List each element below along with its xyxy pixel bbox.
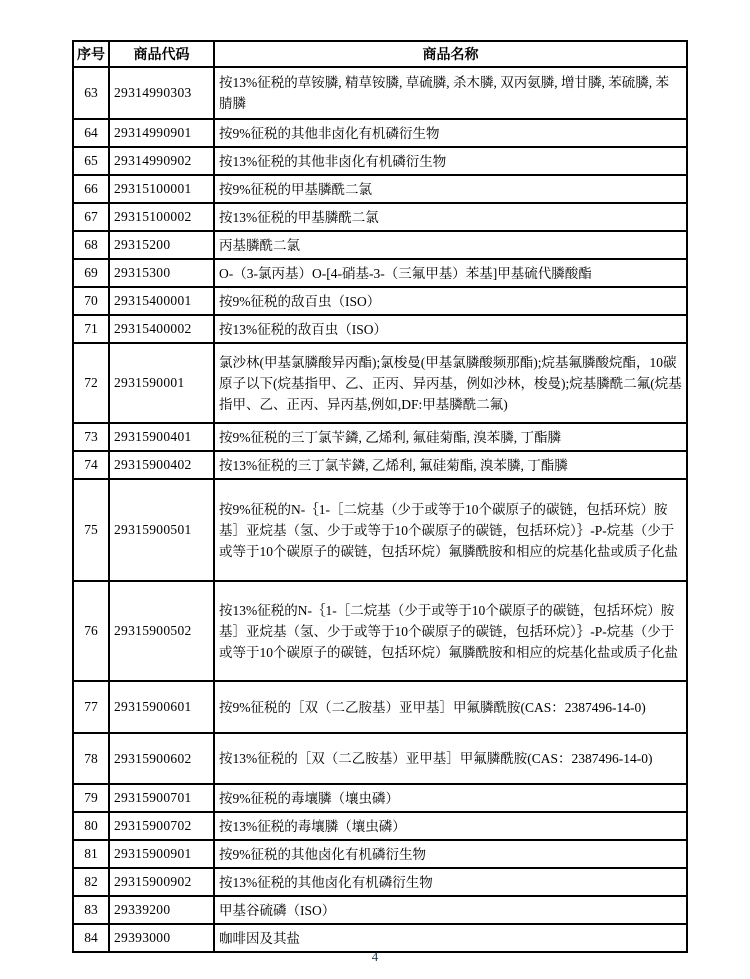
commodity-table: 序号 商品代码 商品名称 63 29314990303 按13%征税的草铵膦, … xyxy=(72,40,688,953)
serial-number-cell: 70 xyxy=(73,287,109,315)
commodity-code-cell: 29315900701 xyxy=(109,784,214,812)
serial-number-cell: 81 xyxy=(73,840,109,868)
commodity-name-cell: 丙基膦酰二氯 xyxy=(214,231,687,259)
commodity-code-cell: 29315900502 xyxy=(109,581,214,681)
table-row: 81 29315900901 按9%征税的其他卤化有机磷衍生物 xyxy=(73,840,687,868)
commodity-name-cell: 按13%征税的N-｛1-［二烷基（少于或等于10个碳原子的碳链，包括环烷）胺基］… xyxy=(214,581,687,681)
serial-number-cell: 72 xyxy=(73,343,109,423)
commodity-name-cell: 按13%征税的毒壤膦（壤虫磷） xyxy=(214,812,687,840)
commodity-code-cell: 29315900402 xyxy=(109,451,214,479)
table-row: 78 29315900602 按13%征税的［双（二乙胺基）亚甲基］甲氟膦酰胺(… xyxy=(73,733,687,784)
commodity-name-cell: 按13%征税的其他非卤化有机磷衍生物 xyxy=(214,147,687,175)
table-row: 69 29315300 O-（3-氯丙基）O-[4-硝基-3-（三氟甲基）苯基]… xyxy=(73,259,687,287)
commodity-name-cell: 按13%征税的草铵膦, 精草铵膦, 草硫膦, 杀木膦, 双丙氨膦, 增甘膦, 苯… xyxy=(214,67,687,119)
commodity-code-cell: 29393000 xyxy=(109,924,214,952)
serial-number-cell: 71 xyxy=(73,315,109,343)
table-row: 71 29315400002 按13%征税的敌百虫（ISO） xyxy=(73,315,687,343)
header-commodity-name: 商品名称 xyxy=(214,41,687,67)
table-header-row: 序号 商品代码 商品名称 xyxy=(73,41,687,67)
table-row: 76 29315900502 按13%征税的N-｛1-［二烷基（少于或等于10个… xyxy=(73,581,687,681)
commodity-name-cell: 按13%征税的敌百虫（ISO） xyxy=(214,315,687,343)
serial-number-cell: 77 xyxy=(73,681,109,733)
table-row: 74 29315900402 按13%征税的三丁氯苄鏻, 乙烯利, 氟硅菊酯, … xyxy=(73,451,687,479)
serial-number-cell: 66 xyxy=(73,175,109,203)
table-row: 75 29315900501 按9%征税的N-｛1-［二烷基（少于或等于10个碳… xyxy=(73,479,687,581)
commodity-name-cell: 按9%征税的三丁氯苄鏻, 乙烯利, 氟硅菊酯, 溴苯膦, 丁酯膦 xyxy=(214,423,687,451)
commodity-name-cell: 按9%征税的其他卤化有机磷衍生物 xyxy=(214,840,687,868)
commodity-code-cell: 29315400001 xyxy=(109,287,214,315)
commodity-code-cell: 29339200 xyxy=(109,896,214,924)
commodity-code-cell: 29315400002 xyxy=(109,315,214,343)
table-row: 79 29315900701 按9%征税的毒壤膦（壤虫磷） xyxy=(73,784,687,812)
table-row: 67 29315100002 按13%征税的甲基膦酰二氯 xyxy=(73,203,687,231)
serial-number-cell: 84 xyxy=(73,924,109,952)
commodity-code-cell: 29315900602 xyxy=(109,733,214,784)
table-row: 73 29315900401 按9%征税的三丁氯苄鏻, 乙烯利, 氟硅菊酯, 溴… xyxy=(73,423,687,451)
commodity-name-cell: 按9%征税的敌百虫（ISO） xyxy=(214,287,687,315)
commodity-code-cell: 29315900702 xyxy=(109,812,214,840)
table-row: 72 2931590001 氯沙林(甲基氯膦酸异丙酯);氯梭曼(甲基氯膦酸频那酯… xyxy=(73,343,687,423)
serial-number-cell: 79 xyxy=(73,784,109,812)
header-serial-number: 序号 xyxy=(73,41,109,67)
commodity-name-cell: 按13%征税的甲基膦酰二氯 xyxy=(214,203,687,231)
serial-number-cell: 83 xyxy=(73,896,109,924)
table-row: 64 29314990901 按9%征税的其他非卤化有机磷衍生物 xyxy=(73,119,687,147)
commodity-code-cell: 29315900901 xyxy=(109,840,214,868)
commodity-code-cell: 29315100002 xyxy=(109,203,214,231)
table-row: 68 29315200 丙基膦酰二氯 xyxy=(73,231,687,259)
table-row: 80 29315900702 按13%征税的毒壤膦（壤虫磷） xyxy=(73,812,687,840)
serial-number-cell: 82 xyxy=(73,868,109,896)
commodity-code-cell: 29315900501 xyxy=(109,479,214,581)
table-row: 82 29315900902 按13%征税的其他卤化有机磷衍生物 xyxy=(73,868,687,896)
table-row: 66 29315100001 按9%征税的甲基膦酰二氯 xyxy=(73,175,687,203)
commodity-name-cell: 氯沙林(甲基氯膦酸异丙酯);氯梭曼(甲基氯膦酸频那酯);烷基氟膦酸烷酯，10碳原… xyxy=(214,343,687,423)
commodity-code-cell: 29314990901 xyxy=(109,119,214,147)
header-commodity-code: 商品代码 xyxy=(109,41,214,67)
commodity-name-cell: 咖啡因及其盐 xyxy=(214,924,687,952)
page-number: 4 xyxy=(0,949,750,965)
commodity-code-cell: 29315100001 xyxy=(109,175,214,203)
serial-number-cell: 69 xyxy=(73,259,109,287)
commodity-code-cell: 29314990902 xyxy=(109,147,214,175)
serial-number-cell: 74 xyxy=(73,451,109,479)
commodity-name-cell: 按9%征税的毒壤膦（壤虫磷） xyxy=(214,784,687,812)
table-row: 77 29315900601 按9%征税的［双（二乙胺基）亚甲基］甲氟膦酰胺(C… xyxy=(73,681,687,733)
serial-number-cell: 80 xyxy=(73,812,109,840)
table-row: 63 29314990303 按13%征税的草铵膦, 精草铵膦, 草硫膦, 杀木… xyxy=(73,67,687,119)
table-row: 83 29339200 甲基谷硫磷（ISO） xyxy=(73,896,687,924)
serial-number-cell: 76 xyxy=(73,581,109,681)
commodity-code-cell: 29315300 xyxy=(109,259,214,287)
serial-number-cell: 64 xyxy=(73,119,109,147)
commodity-code-cell: 29315900902 xyxy=(109,868,214,896)
serial-number-cell: 75 xyxy=(73,479,109,581)
serial-number-cell: 73 xyxy=(73,423,109,451)
commodity-name-cell: 按9%征税的［双（二乙胺基）亚甲基］甲氟膦酰胺(CAS：2387496-14-0… xyxy=(214,681,687,733)
serial-number-cell: 63 xyxy=(73,67,109,119)
commodity-code-cell: 29314990303 xyxy=(109,67,214,119)
commodity-code-cell: 29315200 xyxy=(109,231,214,259)
commodity-name-cell: 按13%征税的［双（二乙胺基）亚甲基］甲氟膦酰胺(CAS：2387496-14-… xyxy=(214,733,687,784)
table-row: 84 29393000 咖啡因及其盐 xyxy=(73,924,687,952)
serial-number-cell: 67 xyxy=(73,203,109,231)
commodity-name-cell: O-（3-氯丙基）O-[4-硝基-3-（三氟甲基）苯基]甲基硫代膦酸酯 xyxy=(214,259,687,287)
serial-number-cell: 65 xyxy=(73,147,109,175)
commodity-name-cell: 甲基谷硫磷（ISO） xyxy=(214,896,687,924)
commodity-name-cell: 按9%征税的甲基膦酰二氯 xyxy=(214,175,687,203)
commodity-code-cell: 2931590001 xyxy=(109,343,214,423)
table-row: 70 29315400001 按9%征税的敌百虫（ISO） xyxy=(73,287,687,315)
serial-number-cell: 78 xyxy=(73,733,109,784)
commodity-code-cell: 29315900601 xyxy=(109,681,214,733)
commodity-name-cell: 按9%征税的其他非卤化有机磷衍生物 xyxy=(214,119,687,147)
commodity-name-cell: 按13%征税的其他卤化有机磷衍生物 xyxy=(214,868,687,896)
serial-number-cell: 68 xyxy=(73,231,109,259)
commodity-name-cell: 按9%征税的N-｛1-［二烷基（少于或等于10个碳原子的碳链，包括环烷）胺基］亚… xyxy=(214,479,687,581)
table-row: 65 29314990902 按13%征税的其他非卤化有机磷衍生物 xyxy=(73,147,687,175)
commodity-code-cell: 29315900401 xyxy=(109,423,214,451)
commodity-name-cell: 按13%征税的三丁氯苄鏻, 乙烯利, 氟硅菊酯, 溴苯膦, 丁酯膦 xyxy=(214,451,687,479)
